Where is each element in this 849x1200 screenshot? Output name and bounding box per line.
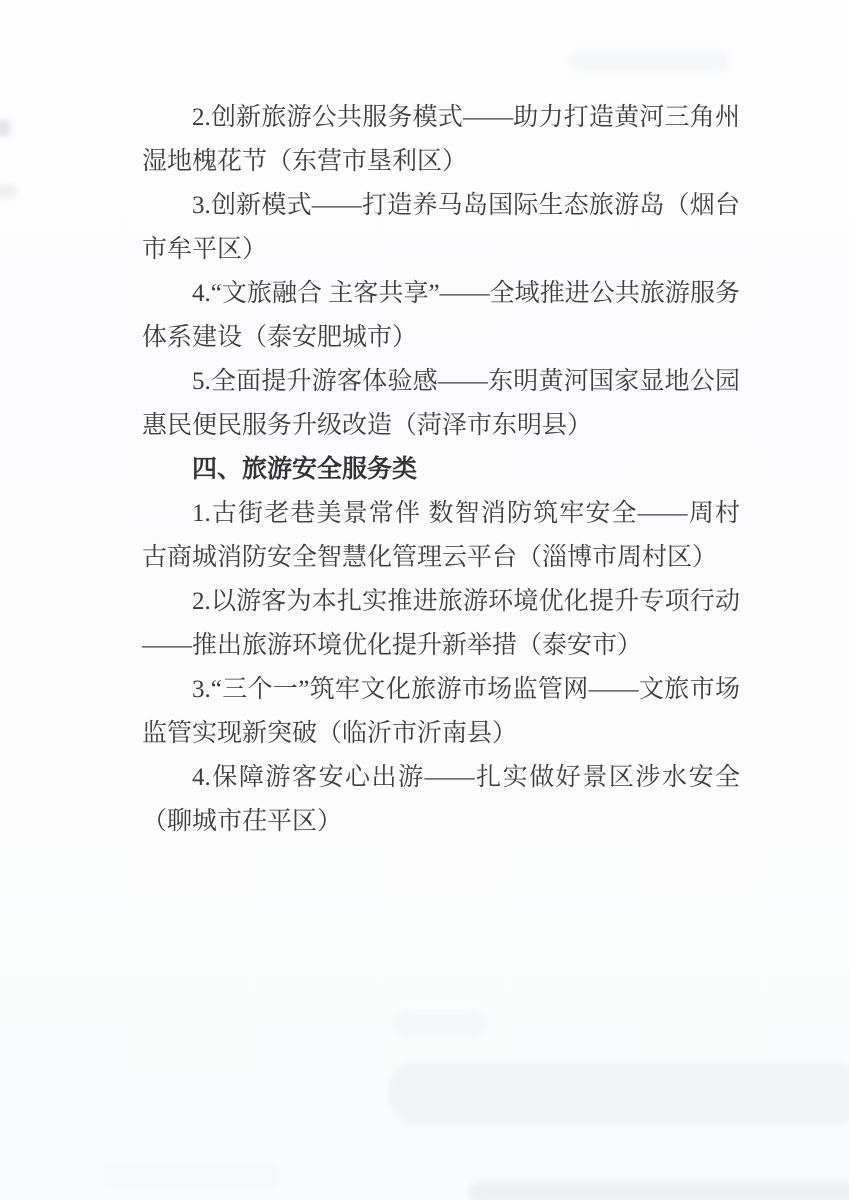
scan-artifact: [470, 1182, 849, 1200]
list-item-safety-1: 1.古街老巷美景常伴 数智消防筑牢安全——周村古商城消防安全智慧化管理云平台（淄…: [142, 492, 740, 580]
list-item-public-service-4: 4.“文旅融合 主客共享”——全域推进公共旅游服务体系建设（泰安肥城市）: [142, 272, 740, 360]
scan-artifact: [395, 1010, 485, 1036]
scan-artifact: [0, 120, 10, 136]
list-item-safety-3: 3.“三个一”筑牢文化旅游市场监管网——文旅市场监管实现新突破（临沂市沂南县）: [142, 668, 740, 756]
scan-artifact: [570, 50, 730, 72]
list-item-safety-2: 2.以游客为本扎实推进旅游环境优化提升专项行动——推出旅游环境优化提升新举措（泰…: [142, 580, 740, 668]
document-text-block: 2.创新旅游公共服务模式——助力打造黄河三角州湿地槐花节（东营市垦利区） 3.创…: [142, 96, 740, 844]
section-heading-tourism-safety: 四、旅游安全服务类: [142, 448, 740, 492]
list-item-public-service-5: 5.全面提升游客体验感——东明黄河国家显地公园惠民便民服务升级改造（菏泽市东明县…: [142, 360, 740, 448]
scan-artifact: [390, 1062, 849, 1124]
list-item-public-service-3: 3.创新模式——打造养马岛国际生态旅游岛（烟台市牟平区）: [142, 184, 740, 272]
list-item-public-service-2: 2.创新旅游公共服务模式——助力打造黄河三角州湿地槐花节（东营市垦利区）: [142, 96, 740, 184]
list-item-safety-4: 4.保障游客安心出游——扎实做好景区涉水安全（聊城市茌平区）: [142, 756, 740, 844]
scan-artifact: [100, 1160, 280, 1190]
scanned-page: 2.创新旅游公共服务模式——助力打造黄河三角州湿地槐花节（东营市垦利区） 3.创…: [0, 0, 849, 1200]
scan-artifact: [0, 185, 16, 197]
